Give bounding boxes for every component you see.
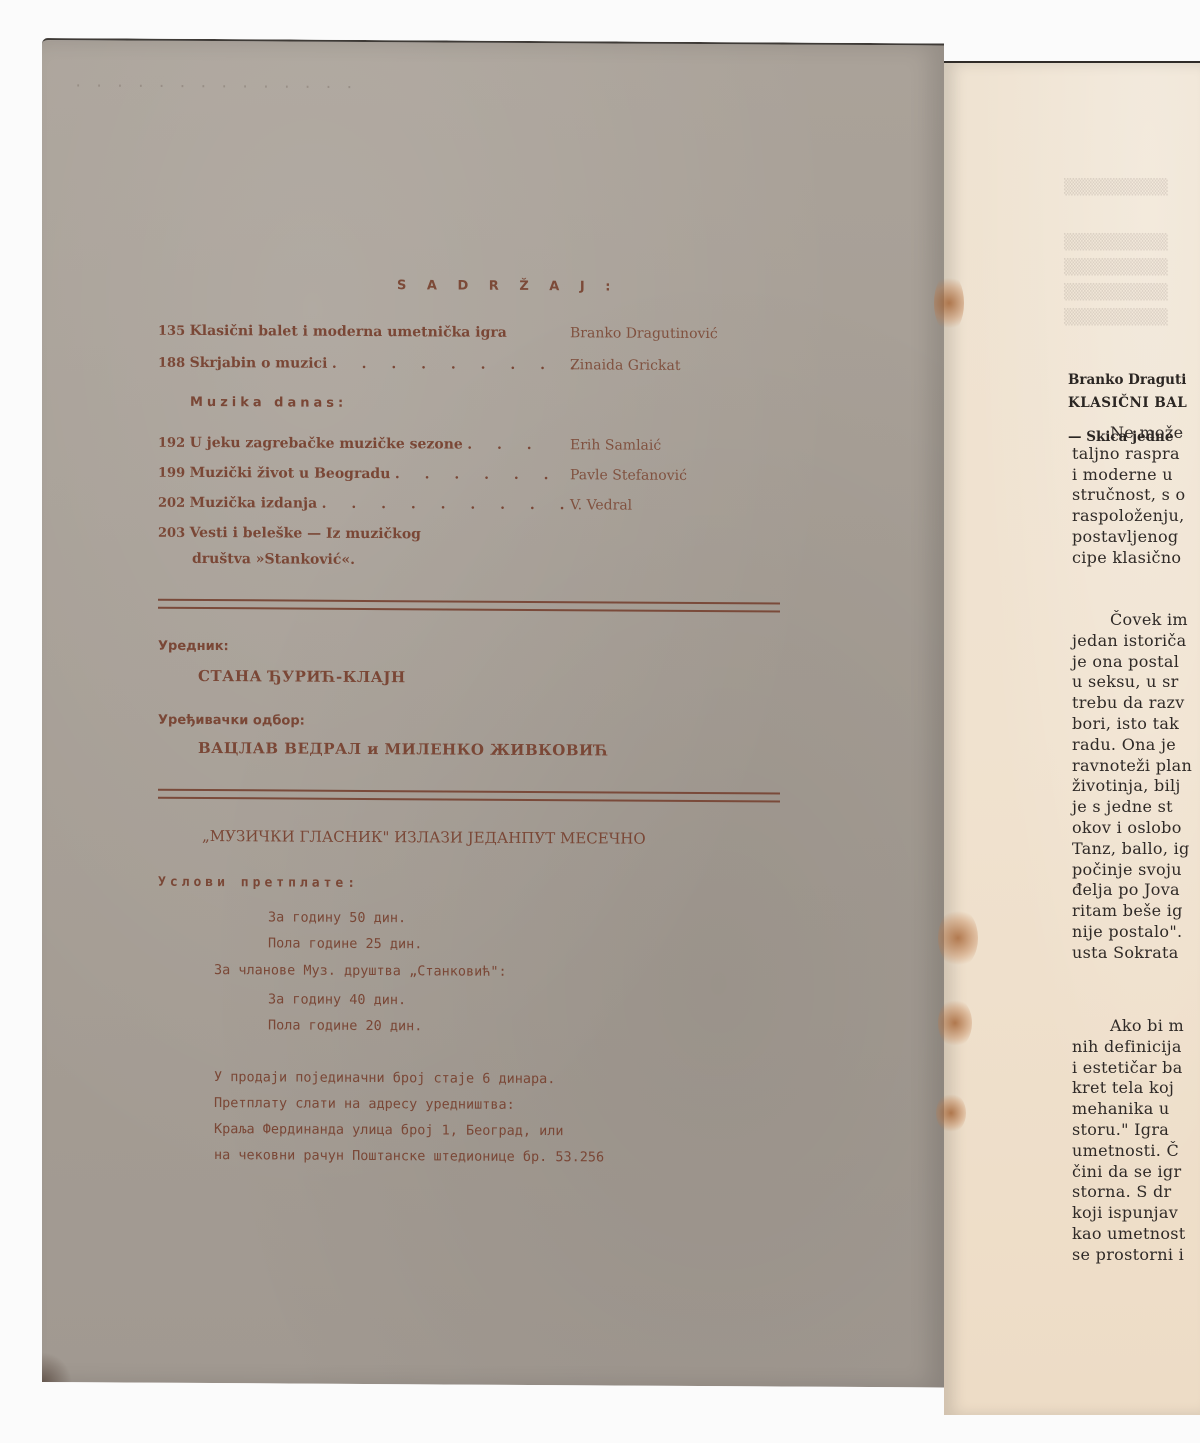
toc-entry-author: V. Vedral xyxy=(570,497,632,513)
article-body-line: nih definicija xyxy=(1072,1037,1182,1056)
toc-entry: 202 Muzička izdanja . . . . . . . . . V.… xyxy=(158,495,574,514)
toc-page-number: 192 xyxy=(158,436,185,451)
article-body-line: Ako bi m xyxy=(1110,1016,1184,1035)
article-body-line: storu." Igra xyxy=(1072,1120,1169,1139)
article-body-line: storna. S dr xyxy=(1072,1182,1171,1201)
toc-entry: 199 Muzički život u Beogradu . . . . . .… xyxy=(158,465,558,483)
toc-entry: 192 U jeku zagrebačke muzičke sezone . .… xyxy=(158,435,542,453)
member-price: За годину 40 дин. xyxy=(268,991,406,1008)
article-body-line: nije postalo". xyxy=(1072,922,1182,941)
left-page-cover: · · · · · · · · · · · · · · S A D R Ž A … xyxy=(42,38,944,1388)
toc-entry-author: Branko Dragutinović xyxy=(570,325,718,342)
toc-section-heading: Muzika danas: xyxy=(190,395,347,411)
toc-entry-continuation: društva »Stanković«. xyxy=(192,551,355,568)
toc-entry-title: Klasični balet i moderna umetnička igra xyxy=(190,323,507,341)
article-body-line: je s jedne st xyxy=(1072,797,1173,816)
article-body-line: taljno raspra xyxy=(1072,444,1180,463)
bleed-through-text: ▒▒▒▒▒▒▒▒▒ xyxy=(1064,283,1168,301)
article-body-line: Tanz, ballo, ig xyxy=(1072,839,1190,858)
toc-entry: 203 Vesti i beleške — Iz muzičkog xyxy=(158,525,421,543)
footer-line: Краља Фердинанда улица број 1, Београд, … xyxy=(214,1121,564,1139)
article-body-line: mehanika u xyxy=(1072,1099,1170,1118)
subscription-terms-label: Услови претплате: xyxy=(158,875,359,891)
publication-frequency-notice: „МУЗИЧКИ ГЛАСНИК" ИЗЛАЗИ ЈЕДАНПУТ МЕСЕЧН… xyxy=(202,827,646,848)
toc-entry-title: U jeku zagrebačke muzičke sezone xyxy=(190,435,463,453)
editor-label: Уредник: xyxy=(158,639,229,654)
toc-entry-title-line2: društva »Stanković«. xyxy=(192,551,355,568)
toc-entry-author: Zinaida Grickat xyxy=(570,357,680,374)
toc-page-number: 188 xyxy=(158,356,185,371)
toc-entry: 188 Skrjabin o muzici . . . . . . . . . … xyxy=(158,355,585,374)
article-body-line: se prostorni i xyxy=(1072,1245,1184,1264)
article-body-line: u seksu, u sr xyxy=(1072,672,1179,691)
article-body-line: trebu da razv xyxy=(1072,693,1185,712)
subscription-price: Пола године 25 дин. xyxy=(268,935,422,952)
article-body-line: Čovek im xyxy=(1110,610,1188,629)
bleed-through-text: ▒▒▒▒▒▒▒▒▒ xyxy=(1064,258,1168,276)
article-body-line: životinja, bilj xyxy=(1072,776,1181,795)
article-body-line: počinje svoju xyxy=(1072,860,1182,879)
members-label: За чланове Муз. друштва „Станковић": xyxy=(214,962,507,980)
article-body-line: i moderne u xyxy=(1072,465,1173,484)
article-body-line: raspoloženju, xyxy=(1072,506,1184,525)
toc-entry-title: Muzička izdanja xyxy=(190,495,318,512)
subscription-price: За годину 50 дин. xyxy=(268,909,406,926)
article-body-line: okov i oslobo xyxy=(1072,818,1182,837)
rust-stain xyxy=(936,1093,966,1133)
toc-leader-dots: . . . . . . . . . xyxy=(322,496,575,514)
article-body-line: ravnoteži plan xyxy=(1072,756,1192,775)
article-body-line: đelja po Jova xyxy=(1072,880,1180,899)
bleed-through-text: ▒▒▒▒▒▒▒▒▒ xyxy=(1064,308,1168,326)
toc-entry-author: Pavle Stefanović xyxy=(570,467,687,484)
rust-stain xyxy=(938,998,972,1048)
article-body-line: radu. Ona je xyxy=(1072,735,1176,754)
article-body-line: ritam beše ig xyxy=(1072,901,1183,920)
toc-page-number: 202 xyxy=(158,496,185,511)
article-body-line: bori, isto tak xyxy=(1072,714,1179,733)
article-author: Branko Draguti xyxy=(1068,372,1186,388)
editor-name: СТАНА ЂУРИЋ-КЛАЈН xyxy=(198,667,406,686)
editorial-board-names: ВАЦЛАВ ВЕДРАЛ и МИЛЕНКО ЖИВКОВИЋ xyxy=(198,739,609,760)
article-body-line: čini da se igr xyxy=(1072,1162,1181,1181)
toc-page-number: 199 xyxy=(158,466,185,481)
article-body-line: koji ispunjav xyxy=(1072,1203,1178,1222)
footer-line: Претплату слати на адресу уредништва: xyxy=(214,1095,515,1113)
article-body-line: stručnost, s o xyxy=(1072,485,1185,504)
article-body-line: umetnosti. Č xyxy=(1072,1141,1179,1160)
toc-leader-dots: . . . xyxy=(467,437,541,453)
bleed-through-text: ▒▒▒▒▒▒▒▒▒ xyxy=(1064,178,1168,196)
toc-leader-dots: . . . . . . xyxy=(395,466,559,483)
toc-title: S A D R Ž A J : xyxy=(397,278,618,294)
rust-stain xyxy=(938,908,978,968)
article-body-line: jedan istoriča xyxy=(1072,631,1186,650)
toc-leader-dots: . . . . . . . . . xyxy=(332,356,585,374)
toc-entry-title: Vesti i beleške — Iz muzičkog xyxy=(190,525,421,542)
article-body-line: postavljenog xyxy=(1072,527,1178,546)
article-body-line: i estetičar ba xyxy=(1072,1058,1183,1077)
right-page-article: ▒▒▒▒▒▒▒▒▒ ▒▒▒▒▒▒▒▒▒ ▒▒▒▒▒▒▒▒▒ ▒▒▒▒▒▒▒▒▒ … xyxy=(944,61,1200,1415)
toc-page-number: 135 xyxy=(158,324,185,339)
rust-stain xyxy=(934,273,964,333)
toc-entry: 135 Klasični balet i moderna umetnička i… xyxy=(158,323,507,341)
bleed-through-text: ▒▒▒▒▒▒▒▒▒ xyxy=(1064,233,1168,251)
footer-line: У продаји појединачни број стаје 6 динар… xyxy=(214,1069,555,1087)
article-body-line: kao umetnost xyxy=(1072,1224,1186,1243)
article-body-line: kret tela koj xyxy=(1072,1078,1174,1097)
article-body-line: cipe klasično xyxy=(1072,548,1181,567)
editorial-board-label: Уређивачки одбор: xyxy=(158,713,305,729)
article-body-line: Ne može xyxy=(1110,423,1183,442)
ghost-header-text: · · · · · · · · · · · · · · xyxy=(74,78,356,96)
article-body-line: usta Sokrata xyxy=(1072,943,1179,962)
double-rule-divider xyxy=(158,789,780,803)
member-price: Пола године 20 дин. xyxy=(268,1017,422,1034)
article-title: KLASIČNI BAL xyxy=(1068,395,1187,411)
toc-entry-title: Muzički život u Beogradu xyxy=(190,465,391,482)
toc-entry-author: Erih Samlaić xyxy=(570,437,661,454)
toc-page-number: 203 xyxy=(158,526,185,541)
article-body-line: je ona postal xyxy=(1072,652,1179,671)
toc-entry-title: Skrjabin o muzici xyxy=(190,355,328,372)
double-rule-divider xyxy=(158,599,780,613)
footer-line: на чековни рачун Поштанске штедионице бр… xyxy=(214,1147,604,1165)
